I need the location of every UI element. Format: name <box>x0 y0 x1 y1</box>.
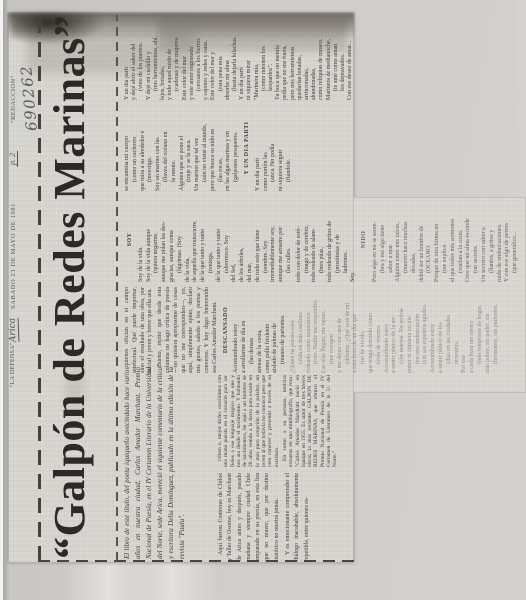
handwritten-annotation: Arica <box>8 318 20 342</box>
poem-section-heading: NIDO <box>361 197 369 282</box>
section-label: "REDACCION" <box>10 75 17 123</box>
page-number: p. 2 <box>8 151 18 167</box>
article-text-block: quienes ofician en el campo intelectual.… <box>124 287 155 373</box>
article-intro-italic: El libro de este título, del poeta iquiq… <box>122 367 215 559</box>
newspaper-name: "LA DEFENSA" <box>10 342 16 387</box>
poem-section-heading: Y UN DIA PARTI <box>244 105 252 191</box>
scanned-page: "LA DEFENSA" Arica SABADO 23 DE MAYO DE … <box>0 0 526 600</box>
article-text-block: Y un día partí y dejé abrir el sabor del… <box>124 14 351 100</box>
article-text-block: ¿Quién ha puesto esta (vida en más cauli… <box>290 287 501 373</box>
rotated-article-wrapper: "LA DEFENSA" Arica SABADO 23 DE MAYO DE … <box>8 13 526 563</box>
article-text-block: criben o, mejor dicho, escribimos con un… <box>217 375 280 467</box>
article-column-5: se encamina mi cuerpo (como un cachorro … <box>124 105 352 191</box>
article-text-block: Y es emocionante comprender el diálogo i… <box>284 473 312 561</box>
poem-section-heading: SOY <box>127 197 135 282</box>
article-text-block: todo con dolor de estó- (mago y de cereb… <box>296 197 358 282</box>
article-headline: “Galpón de Redes Marinas” <box>44 17 116 559</box>
poem-section-heading: DESCANSADO <box>223 287 231 373</box>
article-text-block: Soy de la vida. Soy de la vida aunque (q… <box>138 197 294 282</box>
article-column-6: Y un día partí y dejé abrir el sabor del… <box>124 14 351 100</box>
article-text-block: se encamina mi cuerpo (como un cachorro … <box>124 105 241 191</box>
article-text-block: Pero algo en mí se asom- (bra y me algo … <box>372 197 520 282</box>
issue-date: SABADO 23 DE MAYO DE 1981 <box>10 203 17 309</box>
article-text-block: Acostumbrado estoy a arrullarme de día e… <box>233 287 288 373</box>
article-column-1: Aquí fueron Contreras de Chiloé y Taller… <box>217 473 353 561</box>
article-text-block: Bueno, repito que desde esta columna no … <box>157 287 219 373</box>
hand-drawn-rule-top <box>38 15 41 561</box>
article-column-3: quienes ofician en el campo intelectual.… <box>124 287 522 373</box>
hand-drawn-rule-bottom <box>116 15 118 561</box>
article-column-2: criben o, mejor dicho, escribimos con un… <box>217 375 359 467</box>
newspaper-clipping: "LA DEFENSA" Arica SABADO 23 DE MAYO DE … <box>8 13 526 563</box>
article-text-block: Y un día partí como portón las (anca. No… <box>255 105 294 191</box>
article-text-block: En torno a su persona, noticias escuetas… <box>282 375 339 467</box>
article-column-4: SOYSoy de la vida. Soy de la vida aunque… <box>124 197 522 282</box>
article-text-block: Aquí fueron Contreras de Chiloé y Taller… <box>217 473 282 561</box>
